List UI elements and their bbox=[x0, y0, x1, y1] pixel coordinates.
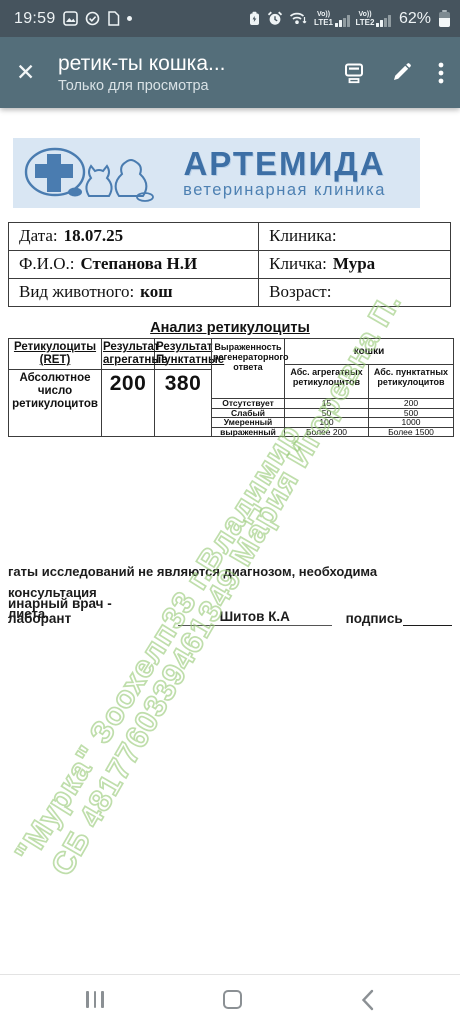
battery-saver-icon bbox=[248, 11, 261, 26]
clock-time: 19:59 bbox=[14, 10, 56, 28]
view-only-label: Только для просмотра bbox=[58, 78, 333, 94]
close-icon[interactable]: ✕ bbox=[16, 59, 50, 86]
reference-subtable: Выраженность регенераторного ответа кошк… bbox=[211, 338, 454, 437]
sync-check-icon bbox=[85, 11, 100, 26]
abs-count-label: Абсолютное число ретикулоцитов bbox=[9, 370, 102, 437]
signal-bars-1 bbox=[335, 15, 350, 27]
ref-row-pronounced: выраженный Более 200 Более 1500 bbox=[212, 427, 454, 437]
sub-punctate-header: Абс. пунктатных ретикулоцитов bbox=[369, 365, 454, 399]
ref-row-moderate: Умеренный 100 1000 bbox=[212, 418, 454, 428]
image-icon bbox=[63, 11, 78, 26]
vet-name: Шитов К.А bbox=[178, 609, 332, 626]
col-result-aggregate: Результат агрегатные bbox=[102, 339, 155, 370]
info-row-species: Вид животного:кош Возраст: bbox=[9, 278, 450, 306]
clinic-label: Клиника: bbox=[269, 226, 336, 245]
info-row-date: Дата:18.07.25 Клиника: bbox=[9, 223, 450, 250]
punctate-result-value: 380 bbox=[155, 370, 212, 437]
age-label: Возраст: bbox=[269, 282, 331, 301]
expression-header: Выраженность регенераторного ответа bbox=[212, 339, 285, 399]
status-bar: 19:59 bbox=[0, 0, 460, 37]
petname-value: Мура bbox=[333, 254, 375, 273]
species-label: Вид животного: bbox=[19, 282, 134, 301]
aggregate-result-value: 200 bbox=[102, 370, 155, 437]
species-header: кошки bbox=[285, 339, 454, 365]
wifi-icon bbox=[289, 11, 308, 26]
clinic-logo-banner: АРТЕМИДА ветеринарная клиника bbox=[13, 138, 420, 208]
carrier2-indicator: Vo)) LTE2 bbox=[356, 11, 391, 27]
document-title: ретик-ты кошка... bbox=[58, 52, 333, 76]
home-icon[interactable] bbox=[223, 990, 242, 1009]
file-icon bbox=[107, 11, 120, 26]
clinic-tagline: ветеринарная клиника bbox=[157, 181, 412, 200]
info-row-owner: Ф.И.О.:Степанова Н.И Кличка:Мура bbox=[9, 250, 450, 278]
analysis-title: Анализ ретикулоциты bbox=[0, 320, 460, 336]
clinic-emblem-icon bbox=[23, 142, 155, 204]
signal-bars-2 bbox=[376, 15, 391, 27]
ref-row-absent: Отсутствует 15 200 bbox=[212, 399, 454, 409]
alarm-icon bbox=[267, 11, 283, 26]
col-result-punctate: Результат Пунктатные bbox=[155, 339, 212, 370]
back-icon[interactable] bbox=[361, 989, 374, 1011]
battery-percent: 62% bbox=[399, 10, 431, 28]
patient-info-table: Дата:18.07.25 Клиника: Ф.И.О.:Степанова … bbox=[8, 222, 451, 307]
petname-label: Кличка: bbox=[269, 254, 327, 273]
owner-value: Степанова Н.И bbox=[80, 254, 197, 273]
battery-icon bbox=[439, 10, 450, 27]
signature-row: инарный врач - лаборант Шитов К.А подпис… bbox=[8, 596, 452, 626]
signature-blank-line bbox=[403, 625, 452, 626]
clinic-name: АРТЕМИДА bbox=[157, 147, 412, 180]
results-subtable: Ретикулоциты (RET) Результат агрегатные … bbox=[8, 338, 212, 437]
vet-role-label: инарный врач - лаборант bbox=[8, 596, 170, 626]
date-label: Дата: bbox=[19, 226, 58, 245]
species-value: кош bbox=[140, 282, 172, 301]
overflow-menu-icon[interactable] bbox=[438, 62, 444, 84]
analysis-table: Ретикулоциты (RET) Результат агрегатные … bbox=[8, 338, 454, 437]
notification-dot bbox=[127, 16, 132, 21]
recents-icon[interactable] bbox=[86, 991, 104, 1008]
owner-label: Ф.И.О.: bbox=[19, 254, 74, 273]
carrier1-indicator: Vo)) LTE1 bbox=[314, 11, 349, 27]
app-bar: ✕ ретик-ты кошка... Только для просмотра bbox=[0, 37, 460, 108]
sign-label: подпись bbox=[346, 611, 403, 626]
android-nav-bar bbox=[0, 974, 460, 1024]
date-value: 18.07.25 bbox=[64, 226, 124, 245]
sub-aggregate-header: Абс. агрегатных ретикулоцитов bbox=[285, 365, 369, 399]
print-layout-icon[interactable] bbox=[343, 62, 365, 84]
edit-pencil-icon[interactable] bbox=[391, 62, 412, 83]
document-page[interactable]: АРТЕМИДА ветеринарная клиника Дата:18.07… bbox=[0, 108, 460, 974]
watermark-line1: "Мурка" Зоохелп33 г.Владимир bbox=[8, 418, 309, 869]
col-reticulocytes: Ретикулоциты (RET) bbox=[9, 339, 102, 370]
